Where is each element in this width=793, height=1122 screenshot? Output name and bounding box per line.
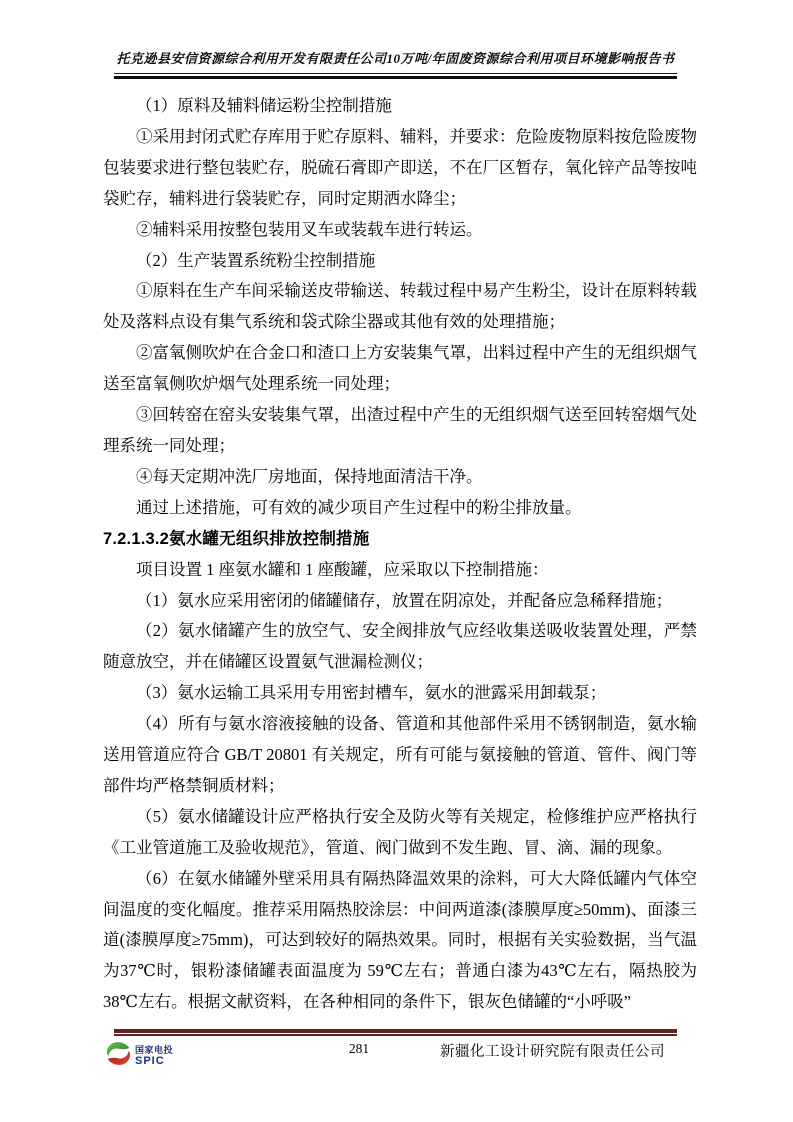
header-title: 托克逊县安信资源综合利用开发有限责任公司10万吨/年固废资源综合利用项目环境影响… [114,48,677,67]
spic-logo-en-label: SPIC [135,1056,173,1067]
paragraph: （4）所有与氨水溶液接触的设备、管道和其他部件采用不锈钢制造，氨水输送用管道应符… [103,709,697,802]
section-heading: 7.2.1.3.2氨水罐无组织排放控制措施 [103,524,697,555]
paragraph: ④每天定期冲洗厂房地面，保持地面清洁干净。 [103,462,697,493]
paragraph: ③回转窑在窑头安装集气罩，出渣过程中产生的无组织烟气送至回转窑烟气处理系统一同处… [103,400,697,462]
paragraph: （1）原料及辅料储运粉尘控制措施 [103,91,697,122]
paragraph: （1）氨水应采用密闭的储罐储存，放置在阴凉处，并配备应急稀释措施； [103,586,697,617]
footer-company: 新疆化工设计研究院有限责任公司 [440,1040,665,1061]
paragraph: （5）氨水储罐设计应严格执行安全及防火等有关规定，检修维护应严格执行《工业管道施… [103,802,697,864]
page-header: 托克逊县安信资源综合利用开发有限责任公司10万吨/年固废资源综合利用项目环境影响… [114,0,677,79]
paragraph: ②富氧侧吹炉在合金口和渣口上方安装集气罩，出料过程中产生的无组织烟气送至富氧侧吹… [103,338,697,400]
paragraph: 项目设置 1 座氨水罐和 1 座酸罐，应采取以下控制措施： [103,555,697,586]
paragraph: ①采用封闭式贮存库用于贮存原料、辅料，并要求：危险废物原料按危险废物包装要求进行… [103,122,697,215]
document-page: 托克逊县安信资源综合利用开发有限责任公司10万吨/年固废资源综合利用项目环境影响… [0,0,793,1122]
header-rule [114,73,677,79]
paragraph: （6）在氨水储罐外壁采用具有隔热降温效果的涂料，可大大降低罐内气体空间温度的变化… [103,864,697,1019]
paragraph: 通过上述措施，可有效的减少项目产生过程中的粉尘排放量。 [103,493,697,524]
paragraph: ②辅料采用按整包装用叉车或装载车进行转运。 [103,215,697,246]
paragraph: （2）氨水储罐产生的放空气、安全阀排放气应经收集送吸收装置处理，严禁随意放空，并… [103,616,697,678]
paragraph: （3）氨水运输工具采用专用密封槽车，氨水的泄露采用卸载泵； [103,678,697,709]
body-paragraphs: （1）原料及辅料储运粉尘控制措施①采用封闭式贮存库用于贮存原料、辅料，并要求：危… [103,91,697,1018]
paragraph: ①原料在生产车间采输送皮带输送、转载过程中易产生粉尘，设计在原料转载处及落料点设… [103,276,697,338]
footer-rule [114,1029,677,1036]
paragraph: （2）生产装置系统粉尘控制措施 [103,246,697,277]
